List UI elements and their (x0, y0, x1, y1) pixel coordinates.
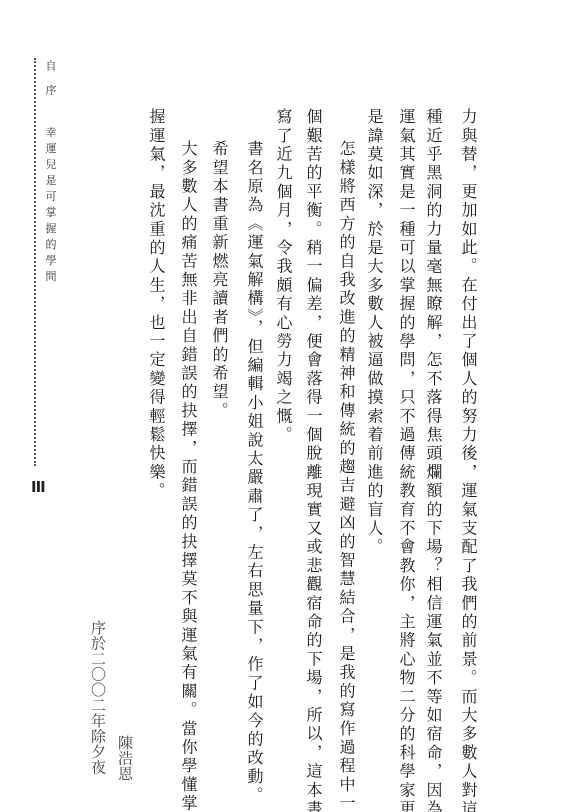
text-column: 希望本書重新燃亮讀者們的希望。 (210, 140, 228, 421)
page-number: III (31, 478, 45, 496)
chapter-label: 自 序 (44, 60, 57, 101)
text-column: 運氣其實是一種可以掌握的學問，只不過傳統教育不會教你，主將心物二分的科學家更 (397, 108, 415, 812)
signature-author: 陳浩恩 (118, 735, 136, 782)
text-column: 力與替，更加如此。在付出了個人的努力後，運氣支配了我們的前景。而大多數人對這 (459, 108, 477, 812)
chapter-title: 幸運兒是可掌握的學問 (44, 127, 57, 287)
text-column: 個艱苦的平衡。稍一偏差，便會落得一個脫離現實又或悲觀宿命的下場，所以，這本書 (304, 108, 322, 812)
margin-dotted-rule (34, 58, 36, 466)
text-column: 是諱莫如深，於是大多數人被逼做摸索着前進的盲人。 (365, 108, 383, 557)
text-column: 寫了近九個月，令我頗有心勞力竭之慨。 (274, 108, 292, 445)
text-column: 握運氣，最沈重的人生，也一定變得輕鬆快樂。 (147, 108, 165, 501)
text-column: 怎樣將西方的自我改進的精神和傳統的趨吉避凶的智慧結合，是我的寫作過程中一 (337, 140, 355, 812)
running-head: 自 序幸運兒是可掌握的學問 (42, 60, 58, 287)
text-column: 種近乎黑洞的力量毫無瞭解，怎不落得焦頭爛額的下場？相信運氣並不等如宿命，因為 (424, 108, 442, 812)
signature-date: 序於二〇〇二年除夕夜 (91, 620, 109, 775)
text-column: 大多數人的痛苦無非出自錯誤的抉擇，而錯誤的抉擇莫不與運氣有關。當你學懂掌 (179, 140, 197, 812)
text-column: 書名原為《運氣解構》，但編輯小姐說太嚴肅了，左右思量下，作了如今的改動。 (245, 140, 263, 805)
